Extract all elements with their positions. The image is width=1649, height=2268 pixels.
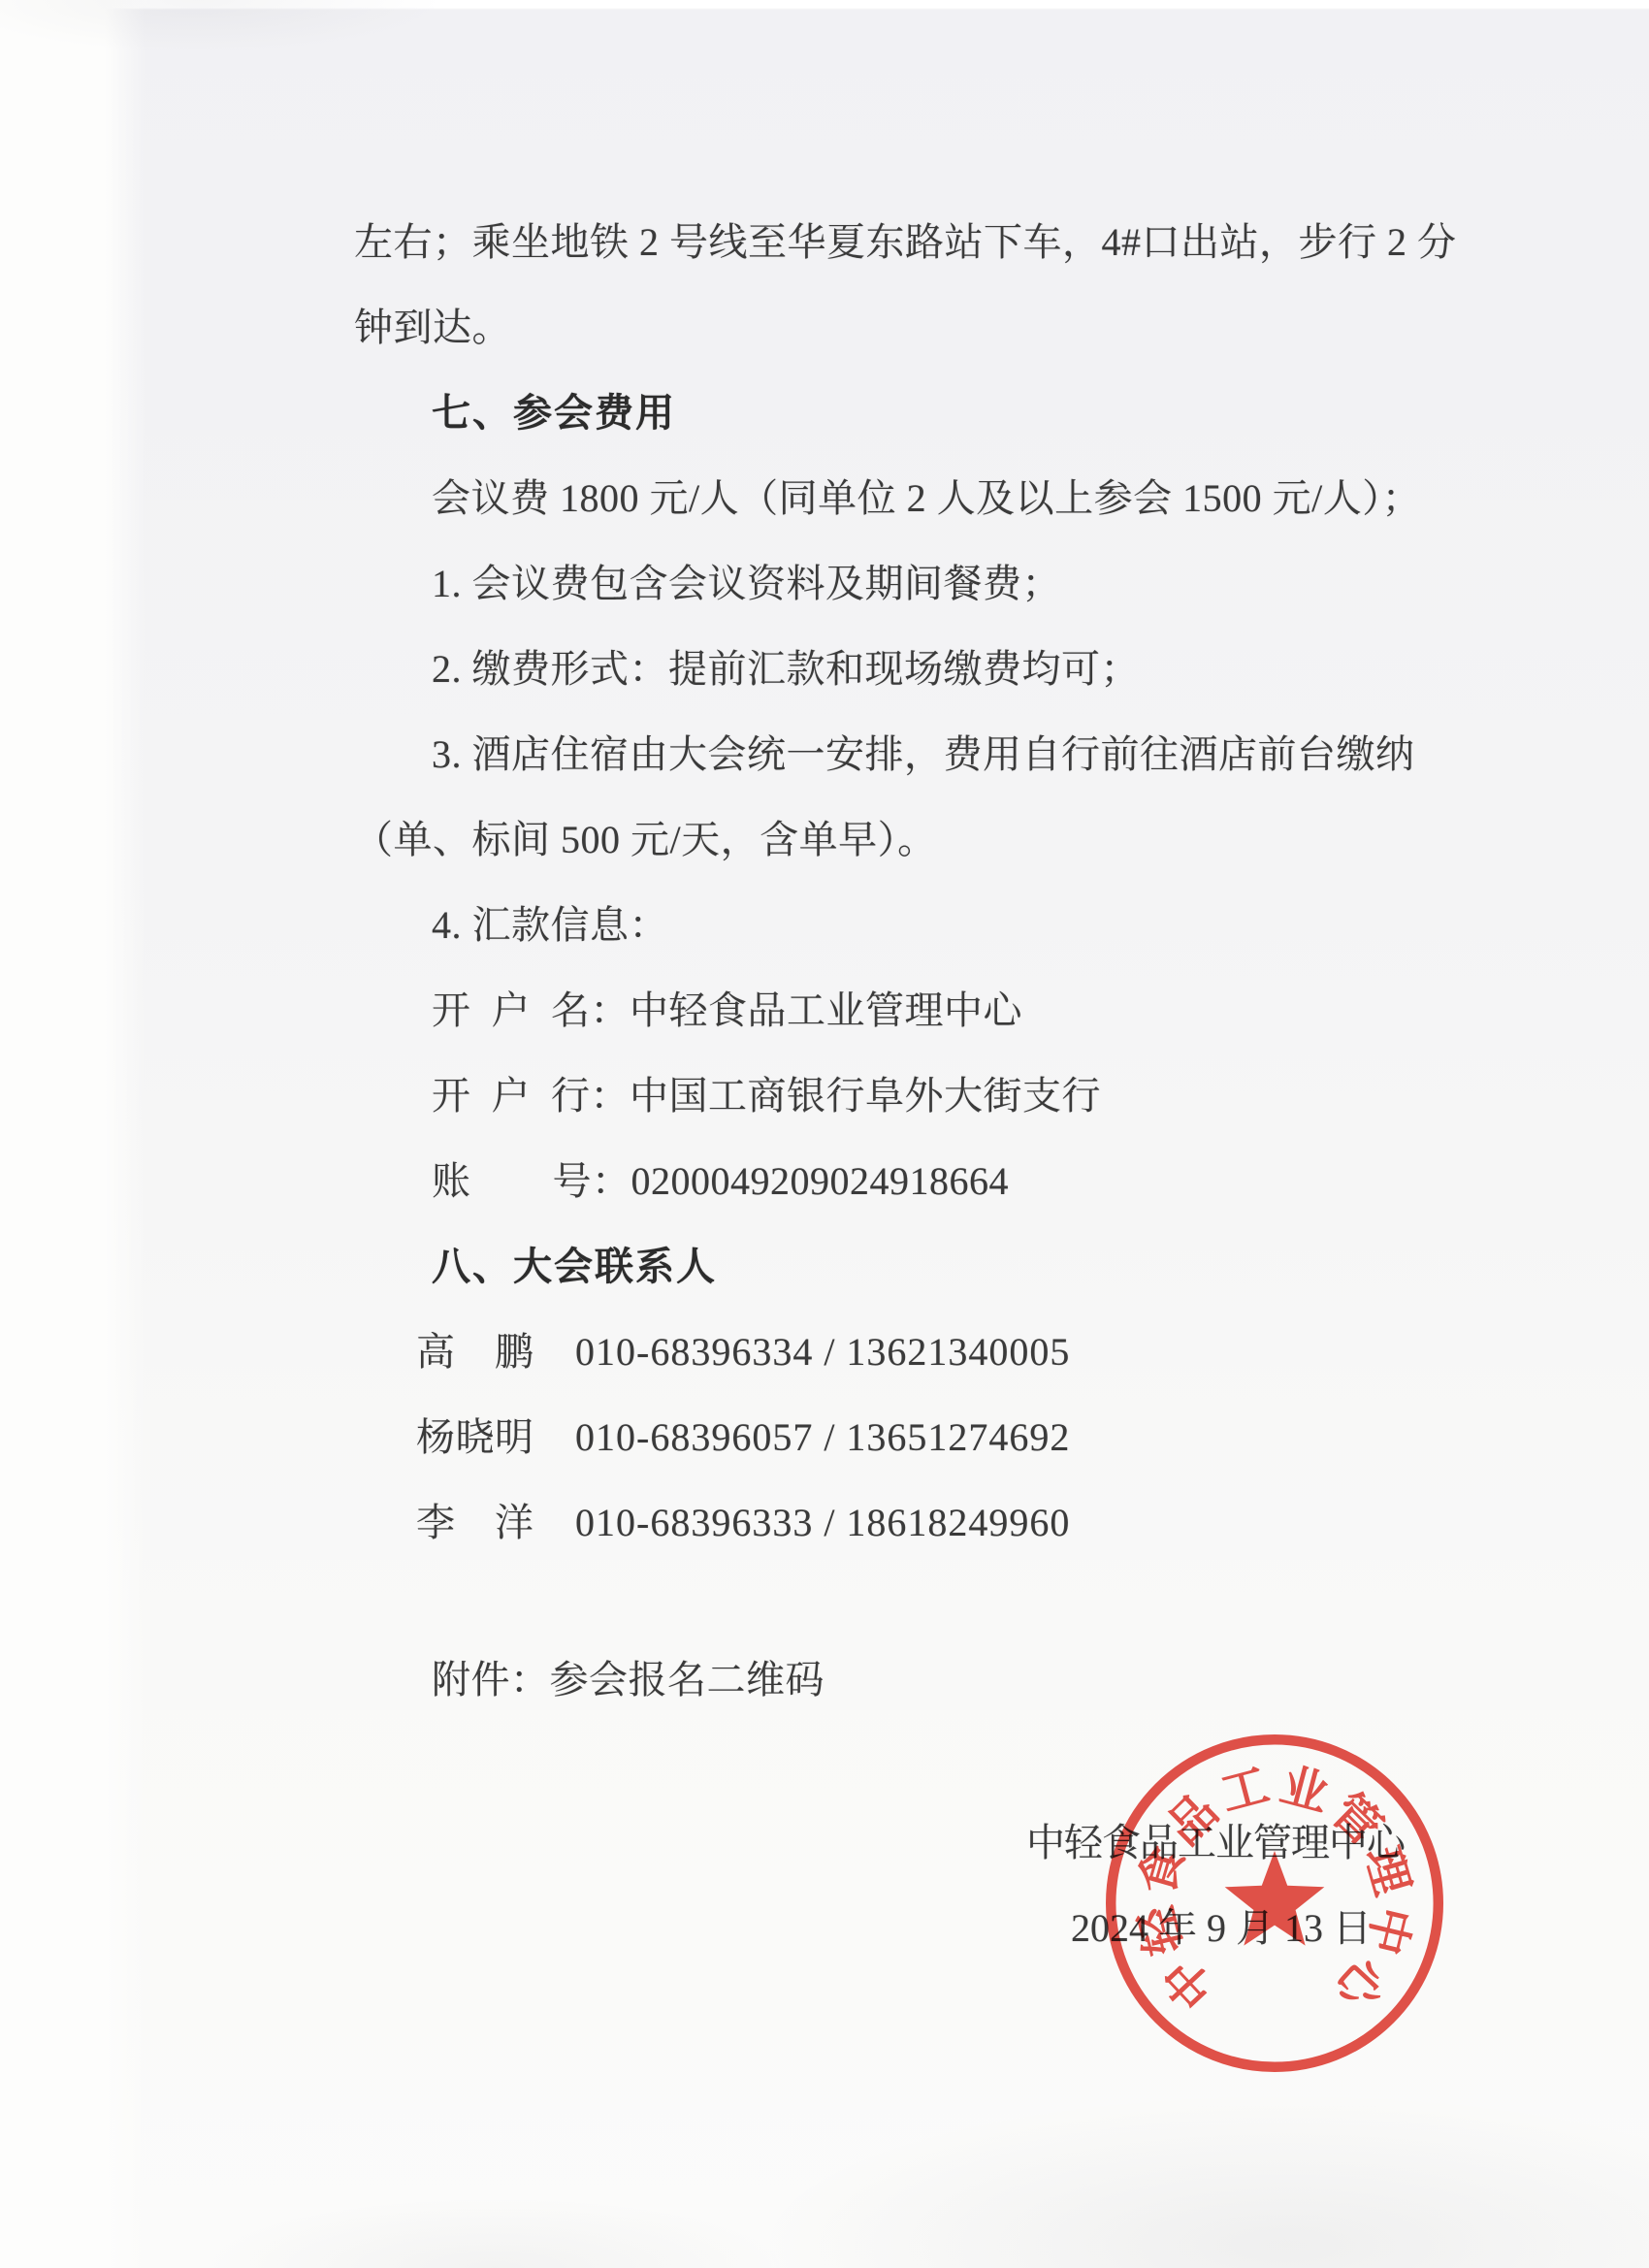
svg-text:理: 理 xyxy=(1354,1840,1420,1901)
remittance-account-name: 开 户 名：中轻食品工业管理中心 xyxy=(354,968,1479,1053)
attachment-line: 附件：参会报名二维码 xyxy=(354,1637,1479,1723)
svg-text:中: 中 xyxy=(1356,1901,1421,1960)
contact-phone: 010-68396057 / 13651274692 xyxy=(575,1415,1070,1459)
svg-text:业: 业 xyxy=(1275,1757,1335,1823)
intro-line-2: 钟到达。 xyxy=(354,285,1479,371)
fee-item-3-line-2: （单、标间 500 元/天，含单早）。 xyxy=(354,797,1479,883)
intro-line-1: 左右；乘坐地铁 2 号线至华夏东路站下车，4#口出站，步行 2 分 xyxy=(354,200,1479,285)
document-page: 左右；乘坐地铁 2 号线至华夏东路站下车，4#口出站，步行 2 分 钟到达。 七… xyxy=(0,0,1649,2268)
contact-row: 李 洋010-68396333 / 18618249960 xyxy=(354,1480,1479,1566)
svg-text:心: 心 xyxy=(1322,1947,1396,2021)
contact-name: 李 洋 xyxy=(416,1480,575,1566)
account-name-label: 开 户 名： xyxy=(432,988,630,1032)
official-seal-stamp: 中轻食品工业管理中心 xyxy=(1106,1734,1443,2072)
contact-name: 杨晓明 xyxy=(416,1395,575,1480)
bank-label: 开 户 行： xyxy=(432,1074,630,1118)
fee-item-3-line-1: 3. 酒店住宿由大会统一安排，费用自行前往酒店前台缴纳 xyxy=(354,712,1479,797)
fee-item-2: 2. 缴费形式：提前汇款和现场缴费均可； xyxy=(354,627,1479,712)
contact-phone: 010-68396333 / 18618249960 xyxy=(575,1501,1070,1544)
account-name-value: 中轻食品工业管理中心 xyxy=(630,988,1022,1032)
svg-text:轻: 轻 xyxy=(1128,1900,1193,1960)
section-7-heading: 七、参会费用 xyxy=(354,371,1479,456)
bank-value: 中国工商银行阜外大街支行 xyxy=(630,1074,1101,1118)
svg-text:食: 食 xyxy=(1129,1840,1195,1901)
contact-phone: 010-68396334 / 13621340005 xyxy=(575,1330,1070,1374)
fee-item-1: 1. 会议费包含会议资料及期间餐费； xyxy=(354,541,1479,627)
svg-text:中: 中 xyxy=(1152,1947,1225,2020)
section-8-heading: 八、大会联系人 xyxy=(354,1224,1479,1310)
svg-text:工: 工 xyxy=(1214,1757,1275,1823)
fee-item-4: 4. 汇款信息： xyxy=(354,883,1479,968)
remittance-account-no: 账 号：0200049209024918664 xyxy=(354,1139,1479,1224)
contact-row: 高 鹏010-68396334 / 13621340005 xyxy=(354,1310,1479,1395)
document-body: 左右；乘坐地铁 2 号线至华夏东路站下车，4#口出站，步行 2 分 钟到达。 七… xyxy=(354,200,1479,1723)
account-no-value: 0200049209024918664 xyxy=(631,1159,1010,1203)
contact-name: 高 鹏 xyxy=(416,1310,575,1395)
svg-text:品: 品 xyxy=(1156,1783,1229,1856)
remittance-bank: 开 户 行：中国工商银行阜外大街支行 xyxy=(354,1053,1479,1139)
seal-star-icon xyxy=(1225,1851,1325,1946)
svg-text:管: 管 xyxy=(1320,1783,1393,1856)
fee-summary: 会议费 1800 元/人（同单位 2 人及以上参会 1500 元/人）； xyxy=(354,456,1479,541)
contact-row: 杨晓明010-68396057 / 13651274692 xyxy=(354,1395,1479,1480)
account-no-label: 账 号： xyxy=(432,1159,631,1203)
